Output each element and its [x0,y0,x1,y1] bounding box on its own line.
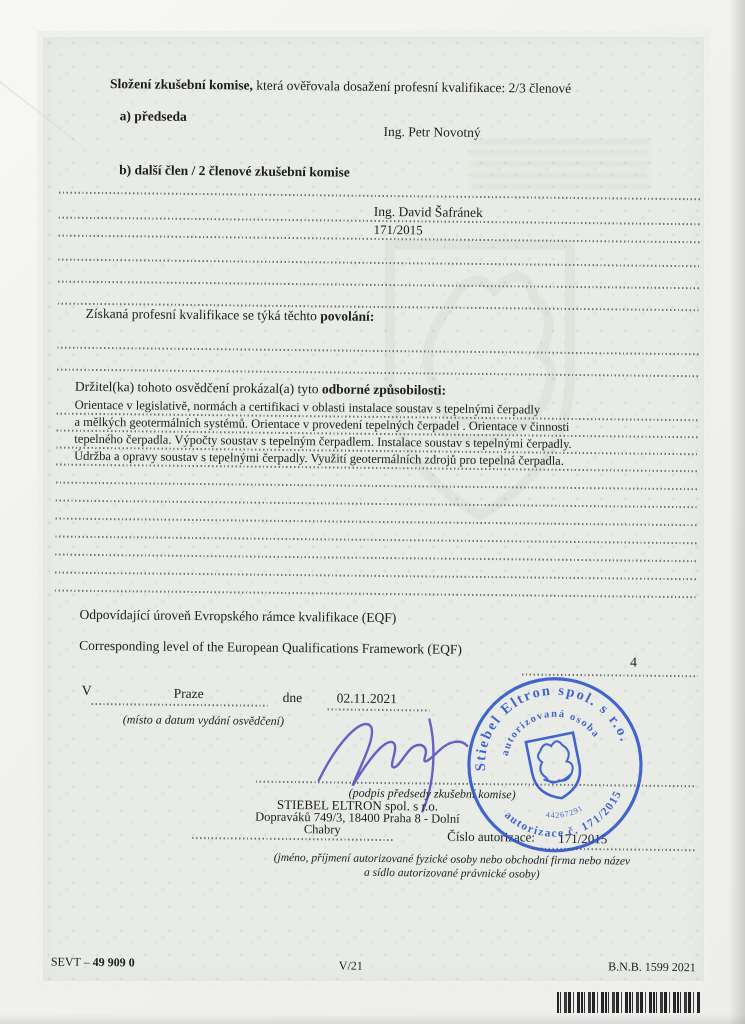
member-name: Ing. David Šafránek [374,204,483,221]
ruled-line [192,837,394,841]
commission-heading-rest: která ověřovala dosažení profesní kvalif… [253,78,571,96]
ruled-line [55,572,697,580]
member-label: b) další člen / 2 členové zkušební komis… [119,162,350,180]
chairman-name: Ing. Petr Novotný [383,124,480,141]
ruled-line [57,369,699,377]
ruled-line [55,590,697,598]
ruled-line [58,281,700,289]
stamp-bottom-number: 44267291 [544,803,586,823]
ruled-line [56,482,698,490]
stamp-outer-text: Stiebel Eltron spol. s r.o. [459,668,634,774]
footer-form-number: SEVT – 49 909 0 [51,956,135,971]
qualification-heading-bold: povolání: [320,308,374,324]
ruled-line [58,259,700,267]
ruled-line [56,518,698,526]
commission-heading: Složení zkušební komise, která ověřovala… [110,76,571,96]
document-content: Složení zkušební komise, která ověřovala… [0,0,745,1024]
barcode [557,992,701,1013]
ruled-line [92,703,268,706]
ruled-line [55,554,697,562]
footer-version: V/21 [339,960,363,974]
svg-text:Stiebel Eltron spol. s r.o.: Stiebel Eltron spol. s r.o. [459,668,634,774]
place-date-caption: (místo a datum vydání osvědčení) [88,713,318,729]
company-address-line2: Chabry [222,821,422,837]
place-label: V [82,684,92,700]
place-value: Praze [129,685,249,702]
footer-series-number: B.N.B. 1599 2021 [566,960,696,975]
member-number: 171/2015 [373,223,422,238]
commission-heading-bold: Složení zkušební komise, [110,76,253,92]
date-label: dne [283,690,303,706]
ruled-line [57,347,699,355]
scanned-certificate-page: Složení zkušební komise, která ověřovala… [0,0,745,1024]
competence-heading-bold: odborné způsobilosti: [322,381,446,397]
company-round-stamp: Stiebel Eltron spol. s r.o. autorizovaná… [437,647,673,883]
competence-heading-plain: Držitel(ka) tohoto osvědčení prokázal(a)… [75,379,322,397]
footer-sevt-number: 49 909 0 [93,955,135,969]
eqf-level-label-en: Corresponding level of the European Qual… [79,638,462,658]
ruled-line [56,500,698,508]
footer-sevt-prefix: SEVT – [51,955,93,969]
eqf-level-label-cz: Odpovídající úroveň Evropského rámce kva… [79,607,396,626]
chairman-label: a) předseda [120,108,187,124]
competence-heading: Držitel(ka) tohoto osvědčení prokázal(a)… [75,379,446,398]
qualification-heading-plain: Získaná profesní kvalifikace se týká těc… [86,306,321,323]
svg-text:44267291: 44267291 [544,803,586,823]
qualification-heading: Získaná profesní kvalifikace se týká těc… [86,306,375,325]
ruled-line [55,536,697,544]
ruled-line [59,192,701,200]
